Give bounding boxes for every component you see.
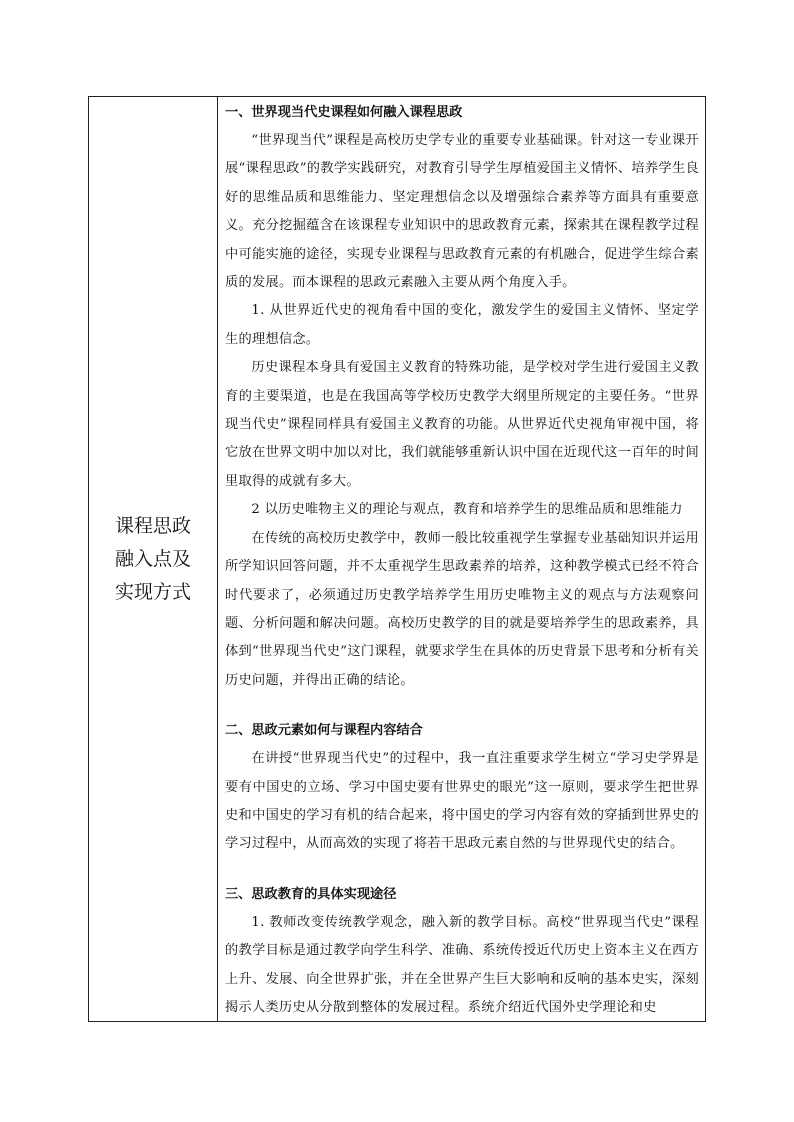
paragraph: 在讲授“世界现当代史”的过程中，我一直注重要求学生树立“学习史学界是要有中国史的…: [225, 745, 699, 859]
row-label-cell: 课程思政 融入点及 实现方式: [89, 97, 218, 1021]
paragraph: 1. 教师改变传统教学观念，融入新的教学目标。高校“世界现当代史”课程的教学目标…: [225, 909, 699, 1021]
section-heading: 二、思政元素如何与课程内容结合: [225, 717, 699, 745]
content-cell: 一、世界现当代史课程如何融入课程思政 “世界现当代”课程是高校历史学专业的重要专…: [218, 97, 705, 1021]
paragraph: “世界现当代”课程是高校历史学专业的重要专业基础课。针对这一专业课开展“课程思政…: [225, 127, 699, 297]
section-1: 一、世界现当代史课程如何融入课程思政 “世界现当代”课程是高校历史学专业的重要专…: [225, 99, 699, 695]
row-label-line: 课程思政: [113, 510, 193, 543]
row-label: 课程思政 融入点及 实现方式: [113, 510, 193, 609]
section-heading: 一、世界现当代史课程如何融入课程思政: [225, 99, 699, 127]
course-table: 课程思政 融入点及 实现方式 一、世界现当代史课程如何融入课程思政 “世界现当代…: [88, 96, 706, 1022]
row-label-line: 融入点及: [113, 543, 193, 576]
row-label-line: 实现方式: [113, 576, 193, 609]
spacer: [225, 695, 699, 717]
section-heading: 三、思政教育的具体实现途径: [225, 881, 699, 909]
section-2: 二、思政元素如何与课程内容结合 在讲授“世界现当代史”的过程中，我一直注重要求学…: [225, 717, 699, 859]
spacer: [225, 859, 699, 881]
paragraph: 2 以历史唯物主义的理论与观点，教育和培养学生的思维品质和思维能力: [225, 496, 699, 524]
paragraph: 1. 从世界近代史的视角看中国的变化，激发学生的爱国主义情怀、坚定学生的理想信念…: [225, 297, 699, 354]
paragraph: 在传统的高校历史教学中，教师一般比较重视学生掌握专业基础知识并运用所学知识回答问…: [225, 525, 699, 695]
section-3: 三、思政教育的具体实现途径 1. 教师改变传统教学观念，融入新的教学目标。高校“…: [225, 881, 699, 1021]
paragraph: 历史课程本身具有爱国主义教育的特殊功能，是学校对学生进行爱国主义教育的主要渠道，…: [225, 354, 699, 496]
